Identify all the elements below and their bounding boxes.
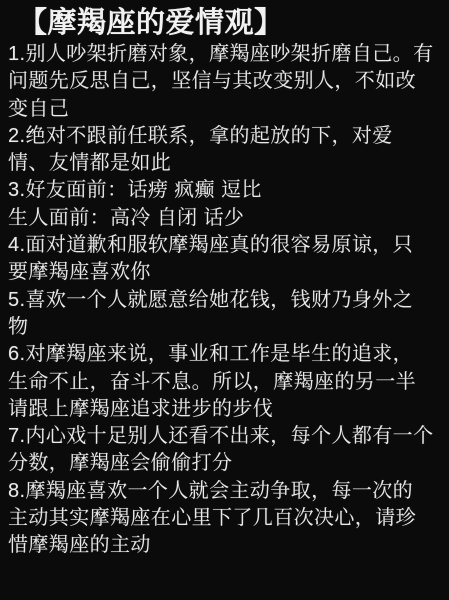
text-line: 分数，摩羯座会偷偷打分 [8,450,445,477]
text-line: 1.别人吵架折磨对象，摩羯座吵架折磨自己。有 [8,41,445,68]
body-text: 1.别人吵架折磨对象，摩羯座吵架折磨自己。有问题先反思自己，坚信与其改变别人，不… [0,41,449,560]
text-line: 请跟上摩羯座追求进步的步伐 [8,396,445,423]
text-line: 8.摩羯座喜欢一个人就会主动争取，每一次的 [8,478,445,505]
text-line: 4.面对道歉和服软摩羯座真的很容易原谅，只 [8,232,445,259]
text-line: 变自己 [8,96,445,123]
text-line: 问题先反思自己，坚信与其改变别人，不如改 [8,68,445,95]
text-line: 3.好友面前：话痨 疯癫 逗比 [8,177,445,204]
text-line: 5.喜欢一个人就愿意给她花钱，钱财乃身外之 [8,287,445,314]
text-card: 【摩羯座的爱情观】 1.别人吵架折磨对象，摩羯座吵架折磨自己。有问题先反思自己，… [0,0,449,600]
text-line: 2.绝对不跟前任联系，拿的起放的下，对爱 [8,123,445,150]
text-line: 主动其实摩羯座在心里下了几百次决心，请珍 [8,505,445,532]
text-line: 物 [8,314,445,341]
text-line: 7.内心戏十足别人还看不出来，每个人都有一个 [8,423,445,450]
text-line: 惜摩羯座的主动 [8,532,445,559]
text-line: 生人面前：高冷 自闭 话少 [8,205,445,232]
text-line: 6.对摩羯座来说，事业和工作是毕生的追求， [8,341,445,368]
text-line: 情、友情都是如此 [8,150,445,177]
page-title: 【摩羯座的爱情观】 [0,5,449,41]
text-line: 生命不止，奋斗不息。所以，摩羯座的另一半 [8,369,445,396]
text-line: 要摩羯座喜欢你 [8,259,445,286]
